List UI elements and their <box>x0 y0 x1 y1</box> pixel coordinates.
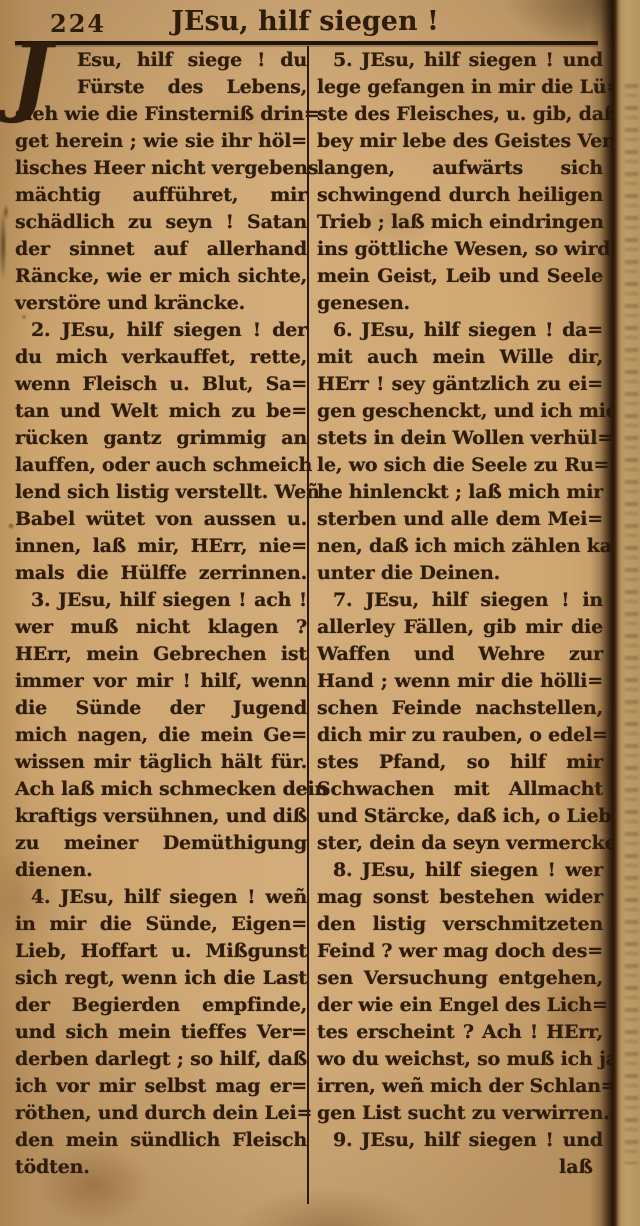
text-line: innen, laß mir, HErr, nie= <box>15 533 307 560</box>
text-line: Babel wütet von aussen u. <box>15 506 307 533</box>
text-line: die Sünde der Jugend <box>15 695 307 722</box>
text-line: der wie ein Engel des Lich= <box>317 992 603 1019</box>
text-line: unter die Deinen. <box>317 560 603 587</box>
text-line: nen, daß ich mich zählen kan <box>317 533 603 560</box>
text-line: Lieb, Hoffart u. Mißgunst <box>15 938 307 965</box>
text-line: lend sich listig verstellt. Weñ <box>15 479 307 506</box>
text-line: ste des Fleisches, u. gib, daß <box>317 101 603 128</box>
text-line: 4. JEsu, hilf siegen ! weñ <box>15 884 307 911</box>
text-line: der sinnet auf allerhand <box>15 236 307 263</box>
text-line: röthen, und durch dein Lei= <box>15 1100 307 1127</box>
left-column: J Esu, hilf siege ! duFürste des Lebens,… <box>15 47 311 1181</box>
text-line: dich mir zu rauben, o edel= <box>317 722 603 749</box>
running-title: JEsu, hilf siegen ! <box>0 6 610 37</box>
right-column: 5. JEsu, hilf siegen ! undlege gefangen … <box>311 47 603 1181</box>
text-line: le, wo sich die Seele zu Ru= <box>317 452 603 479</box>
left-column-lines: Esu, hilf siege ! duFürste des Lebens,si… <box>15 47 307 1181</box>
text-line: get herein ; wie sie ihr höl= <box>15 128 307 155</box>
text-line: tödten. <box>15 1154 307 1181</box>
text-line: gen List sucht zu verwirren. <box>317 1100 603 1127</box>
text-line: 3. JEsu, hilf siegen ! ach ! <box>15 587 307 614</box>
text-line: verstöre und kräncke. <box>15 290 307 317</box>
text-line: gen geschenckt, und ich mich <box>317 398 603 425</box>
text-line: wer muß nicht klagen ? <box>15 614 307 641</box>
text-line: zu meiner Demüthigung <box>15 830 307 857</box>
text-line: stets in dein Wollen verhül= <box>317 425 603 452</box>
header-rule <box>15 41 598 45</box>
text-line: wo du weichst, so muß ich ja <box>317 1046 603 1073</box>
text-line: genesen. <box>317 290 603 317</box>
text-line: ins göttliche Wesen, so wird <box>317 236 603 263</box>
text-line: Schwachen mit Allmacht <box>317 776 603 803</box>
text-line: mein Geist, Leib und Seele <box>317 263 603 290</box>
text-line: 8. JEsu, hilf siegen ! wer <box>317 857 603 884</box>
text-line: mals die Hülffe zerrinnen. <box>15 560 307 587</box>
text-line: dienen. <box>15 857 307 884</box>
text-line: 6. JEsu, hilf siegen ! da= <box>317 317 603 344</box>
text-line: Hand ; wenn mir die hölli= <box>317 668 603 695</box>
text-line: mächtig aufführet, mir <box>15 182 307 209</box>
text-line: ster, dein da seyn vermercke. <box>317 830 603 857</box>
text-line: immer vor mir ! hilf, wenn <box>15 668 307 695</box>
text-line: mich nagen, die mein Ge= <box>15 722 307 749</box>
text-line: mag sonst bestehen wider <box>317 884 603 911</box>
catchword: laß <box>317 1154 603 1181</box>
text-line: HErr, mein Gebrechen ist <box>15 641 307 668</box>
text-line: wissen mir täglich hält für. <box>15 749 307 776</box>
text-line: Räncke, wie er mich sichte, <box>15 263 307 290</box>
text-line: ich vor mir selbst mag er= <box>15 1073 307 1100</box>
text-line: kraftigs versühnen, und diß <box>15 803 307 830</box>
text-line: he hinlenckt ; laß mich mir <box>317 479 603 506</box>
drop-cap-initial: J <box>11 33 75 119</box>
text-line: lisches Heer nicht vergebens <box>15 155 307 182</box>
text-line: 9. JEsu, hilf siegen ! und <box>317 1127 603 1154</box>
text-line: lege gefangen in mir die Lü= <box>317 74 603 101</box>
text-line: irren, weñ mich der Schlan= <box>317 1073 603 1100</box>
text-line: sich regt, wenn ich die Last <box>15 965 307 992</box>
text-line: wenn Fleisch u. Blut, Sa= <box>15 371 307 398</box>
text-line: Waffen und Wehre zur <box>317 641 603 668</box>
book-page-scan: 224 JEsu, hilf siegen ! J Esu, hilf sieg… <box>0 0 640 1226</box>
text-line: und sich mein tieffes Ver= <box>15 1019 307 1046</box>
text-line: sterben und alle dem Mei= <box>317 506 603 533</box>
text-line: allerley Fällen, gib mir die <box>317 614 603 641</box>
text-line: den listig verschmitzeten <box>317 911 603 938</box>
text-line: schwingend durch heiligen <box>317 182 603 209</box>
text-line: tan und Welt mich zu be= <box>15 398 307 425</box>
text-line: 7. JEsu, hilf siegen ! in <box>317 587 603 614</box>
text-line: bey mir lebe des Geistes Ver= <box>317 128 603 155</box>
text-line: du mich verkauffet, rette, <box>15 344 307 371</box>
text-line: langen, aufwärts sich <box>317 155 603 182</box>
next-page-sliver <box>625 84 638 1164</box>
text-line: mit auch mein Wille dir, <box>317 344 603 371</box>
text-line: schen Feinde nachstellen, <box>317 695 603 722</box>
text-line: tes erscheint ? Ach ! HErr, <box>317 1019 603 1046</box>
text-line: Trieb ; laß mich eindringen <box>317 209 603 236</box>
text-line: sen Versuchung entgehen, <box>317 965 603 992</box>
text-line: und Stärcke, daß ich, o Lieb= <box>317 803 603 830</box>
text-line: der Begierden empfinde, <box>15 992 307 1019</box>
text-line: rücken gantz grimmig an <box>15 425 307 452</box>
text-line: schädlich zu seyn ! Satan <box>15 209 307 236</box>
text-line: 5. JEsu, hilf siegen ! und <box>317 47 603 74</box>
text-line: den mein sündlich Fleisch <box>15 1127 307 1154</box>
text-line: in mir die Sünde, Eigen= <box>15 911 307 938</box>
text-line: lauffen, oder auch schmeich <box>15 452 307 479</box>
text-columns: J Esu, hilf siege ! duFürste des Lebens,… <box>15 47 603 1181</box>
text-line: 2. JEsu, hilf siegen ! der <box>15 317 307 344</box>
text-line: Ach laß mich schmecken dein <box>15 776 307 803</box>
text-line: Feind ? wer mag doch des= <box>317 938 603 965</box>
text-line: stes Pfand, so hilf mir <box>317 749 603 776</box>
text-line: HErr ! sey gäntzlich zu ei= <box>317 371 603 398</box>
text-line: derben darlegt ; so hilf, daß <box>15 1046 307 1073</box>
right-column-lines: 5. JEsu, hilf siegen ! undlege gefangen … <box>317 47 603 1154</box>
